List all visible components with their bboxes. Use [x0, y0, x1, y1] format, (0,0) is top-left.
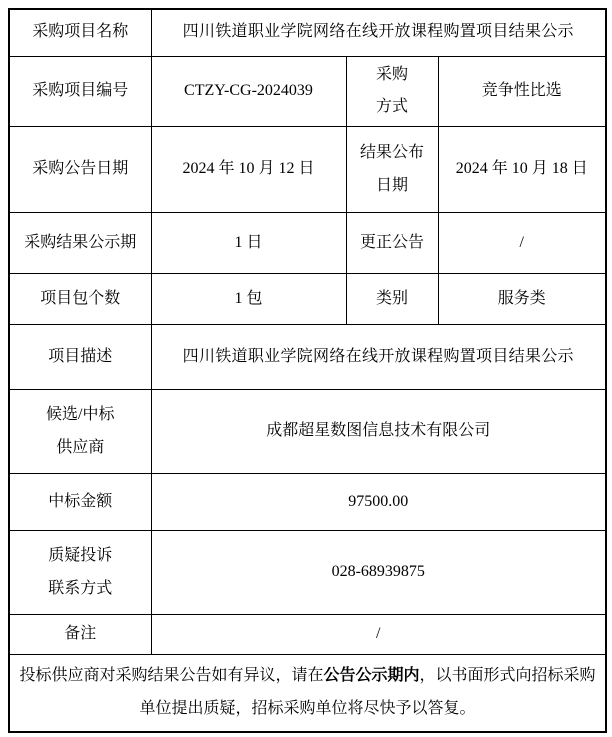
- remarks-value: /: [151, 615, 606, 655]
- winning-supplier-label: 候选/中标 供应商: [9, 390, 151, 474]
- result-publish-date-value: 2024 年 10 月 18 日: [438, 127, 606, 213]
- remarks-label: 备注: [9, 615, 151, 655]
- table-row: 项目包个数 1 包 类别 服务类: [9, 274, 606, 325]
- complaint-contact-value: 028-68939875: [151, 531, 606, 615]
- correction-notice-value: /: [438, 213, 606, 274]
- project-number-label: 采购项目编号: [9, 56, 151, 127]
- procurement-method-value: 竞争性比选: [438, 56, 606, 127]
- correction-notice-label: 更正公告: [346, 213, 438, 274]
- announcement-date-value: 2024 年 10 月 12 日: [151, 127, 346, 213]
- footer-note: 投标供应商对采购结果公告如有异议，请在公告公示期内，以书面形式向招标采购单位提出…: [9, 655, 606, 732]
- procurement-result-table: 采购项目名称 四川铁道职业学院网络在线开放课程购置项目结果公示 采购项目编号 C…: [8, 8, 607, 733]
- project-number-value: CTZY-CG-2024039: [151, 56, 346, 127]
- table-row: 采购项目编号 CTZY-CG-2024039 采购 方式 竞争性比选: [9, 56, 606, 127]
- table-row: 采购结果公示期 1 日 更正公告 /: [9, 213, 606, 274]
- package-count-label: 项目包个数: [9, 274, 151, 325]
- table-row: 投标供应商对采购结果公告如有异议，请在公告公示期内，以书面形式向招标采购单位提出…: [9, 655, 606, 732]
- project-name-value: 四川铁道职业学院网络在线开放课程购置项目结果公示: [151, 9, 606, 56]
- winning-supplier-value: 成都超星数图信息技术有限公司: [151, 390, 606, 474]
- footer-text-before: 投标供应商对采购结果公告如有异议，请在: [19, 667, 323, 684]
- procurement-result-page: 采购项目名称 四川铁道职业学院网络在线开放课程购置项目结果公示 采购项目编号 C…: [0, 0, 612, 737]
- table-row: 备注 /: [9, 615, 606, 655]
- category-label: 类别: [346, 274, 438, 325]
- publicity-period-value: 1 日: [151, 213, 346, 274]
- table-row: 采购项目名称 四川铁道职业学院网络在线开放课程购置项目结果公示: [9, 9, 606, 56]
- complaint-contact-label: 质疑投诉 联系方式: [9, 531, 151, 615]
- package-count-value: 1 包: [151, 274, 346, 325]
- table-row: 采购公告日期 2024 年 10 月 12 日 结果公布 日期 2024 年 1…: [9, 127, 606, 213]
- project-description-value: 四川铁道职业学院网络在线开放课程购置项目结果公示: [151, 325, 606, 390]
- procurement-method-label: 采购 方式: [346, 56, 438, 127]
- table-row: 候选/中标 供应商 成都超星数图信息技术有限公司: [9, 390, 606, 474]
- publicity-period-label: 采购结果公示期: [9, 213, 151, 274]
- table-row: 质疑投诉 联系方式 028-68939875: [9, 531, 606, 615]
- winning-amount-value: 97500.00: [151, 474, 606, 531]
- table-row: 中标金额 97500.00: [9, 474, 606, 531]
- project-name-label: 采购项目名称: [9, 9, 151, 56]
- table-row: 项目描述 四川铁道职业学院网络在线开放课程购置项目结果公示: [9, 325, 606, 390]
- project-description-label: 项目描述: [9, 325, 151, 390]
- announcement-date-label: 采购公告日期: [9, 127, 151, 213]
- category-value: 服务类: [438, 274, 606, 325]
- winning-amount-label: 中标金额: [9, 474, 151, 531]
- footer-text-bold: 公告公示期内: [324, 667, 420, 684]
- result-publish-date-label: 结果公布 日期: [346, 127, 438, 213]
